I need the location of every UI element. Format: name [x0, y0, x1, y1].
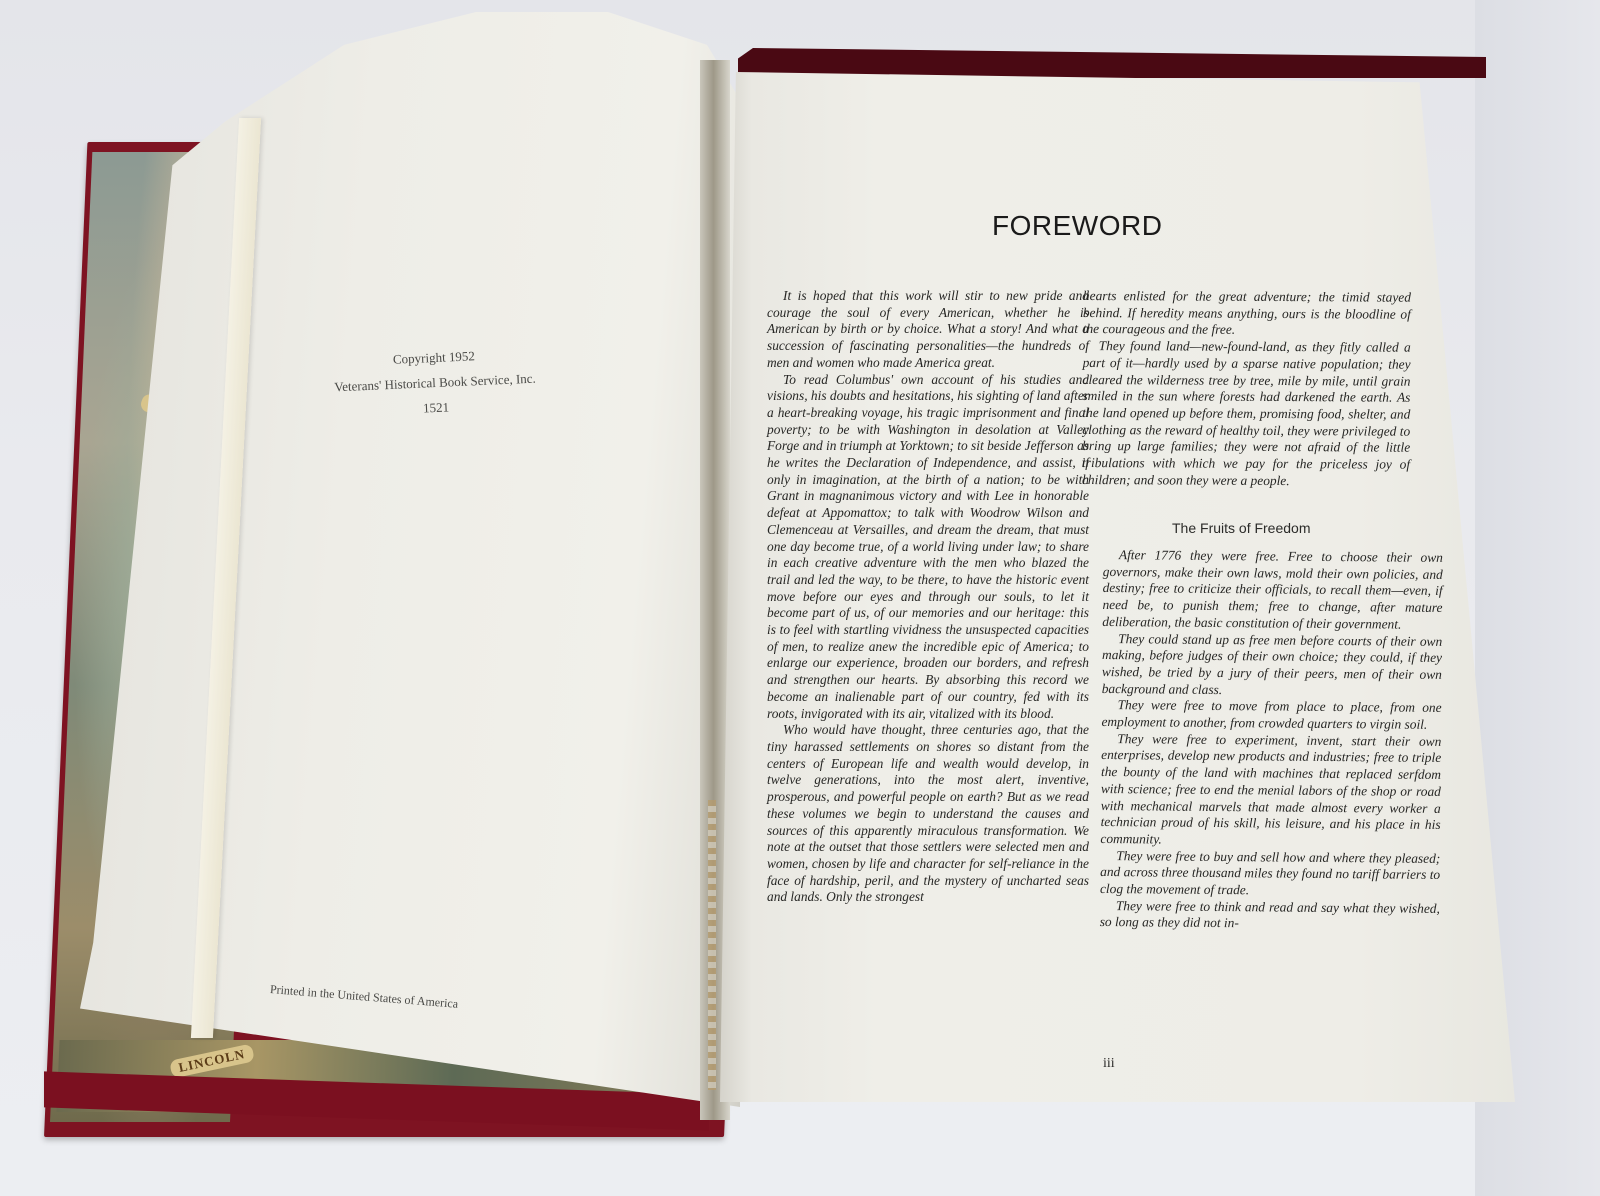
- paragraph: They found land—new-found-land, as they …: [1082, 338, 1411, 490]
- foreword-content: FOREWORD It is hoped that this work will…: [0, 0, 1600, 1196]
- paragraph: It is hoped that this work will stir to …: [767, 288, 1089, 372]
- foreword-column-right-top: hearts enlisted for the great adventure;…: [1082, 288, 1411, 490]
- paragraph: hearts enlisted for the great adventure;…: [1083, 288, 1411, 340]
- paragraph: They were free to think and read and say…: [1100, 898, 1440, 934]
- section-heading: The Fruits of Freedom: [1172, 520, 1311, 536]
- paragraph: To read Columbus' own account of his stu…: [767, 372, 1089, 723]
- page-title: FOREWORD: [992, 210, 1162, 242]
- foreword-column-right-bottom: After 1776 they were free. Free to choos…: [1100, 547, 1443, 934]
- page-number: iii: [1103, 1056, 1115, 1072]
- paragraph: Who would have thought, three centuries …: [767, 722, 1089, 906]
- paragraph: They were free to experiment, invent, st…: [1100, 731, 1441, 851]
- paragraph: They were free to buy and sell how and w…: [1100, 848, 1440, 901]
- paragraph: They were free to move from place to pla…: [1101, 697, 1441, 733]
- paragraph: After 1776 they were free. Free to choos…: [1102, 547, 1443, 633]
- paragraph: They could stand up as free men before c…: [1102, 631, 1443, 701]
- foreword-column-left: It is hoped that this work will stir to …: [767, 288, 1089, 906]
